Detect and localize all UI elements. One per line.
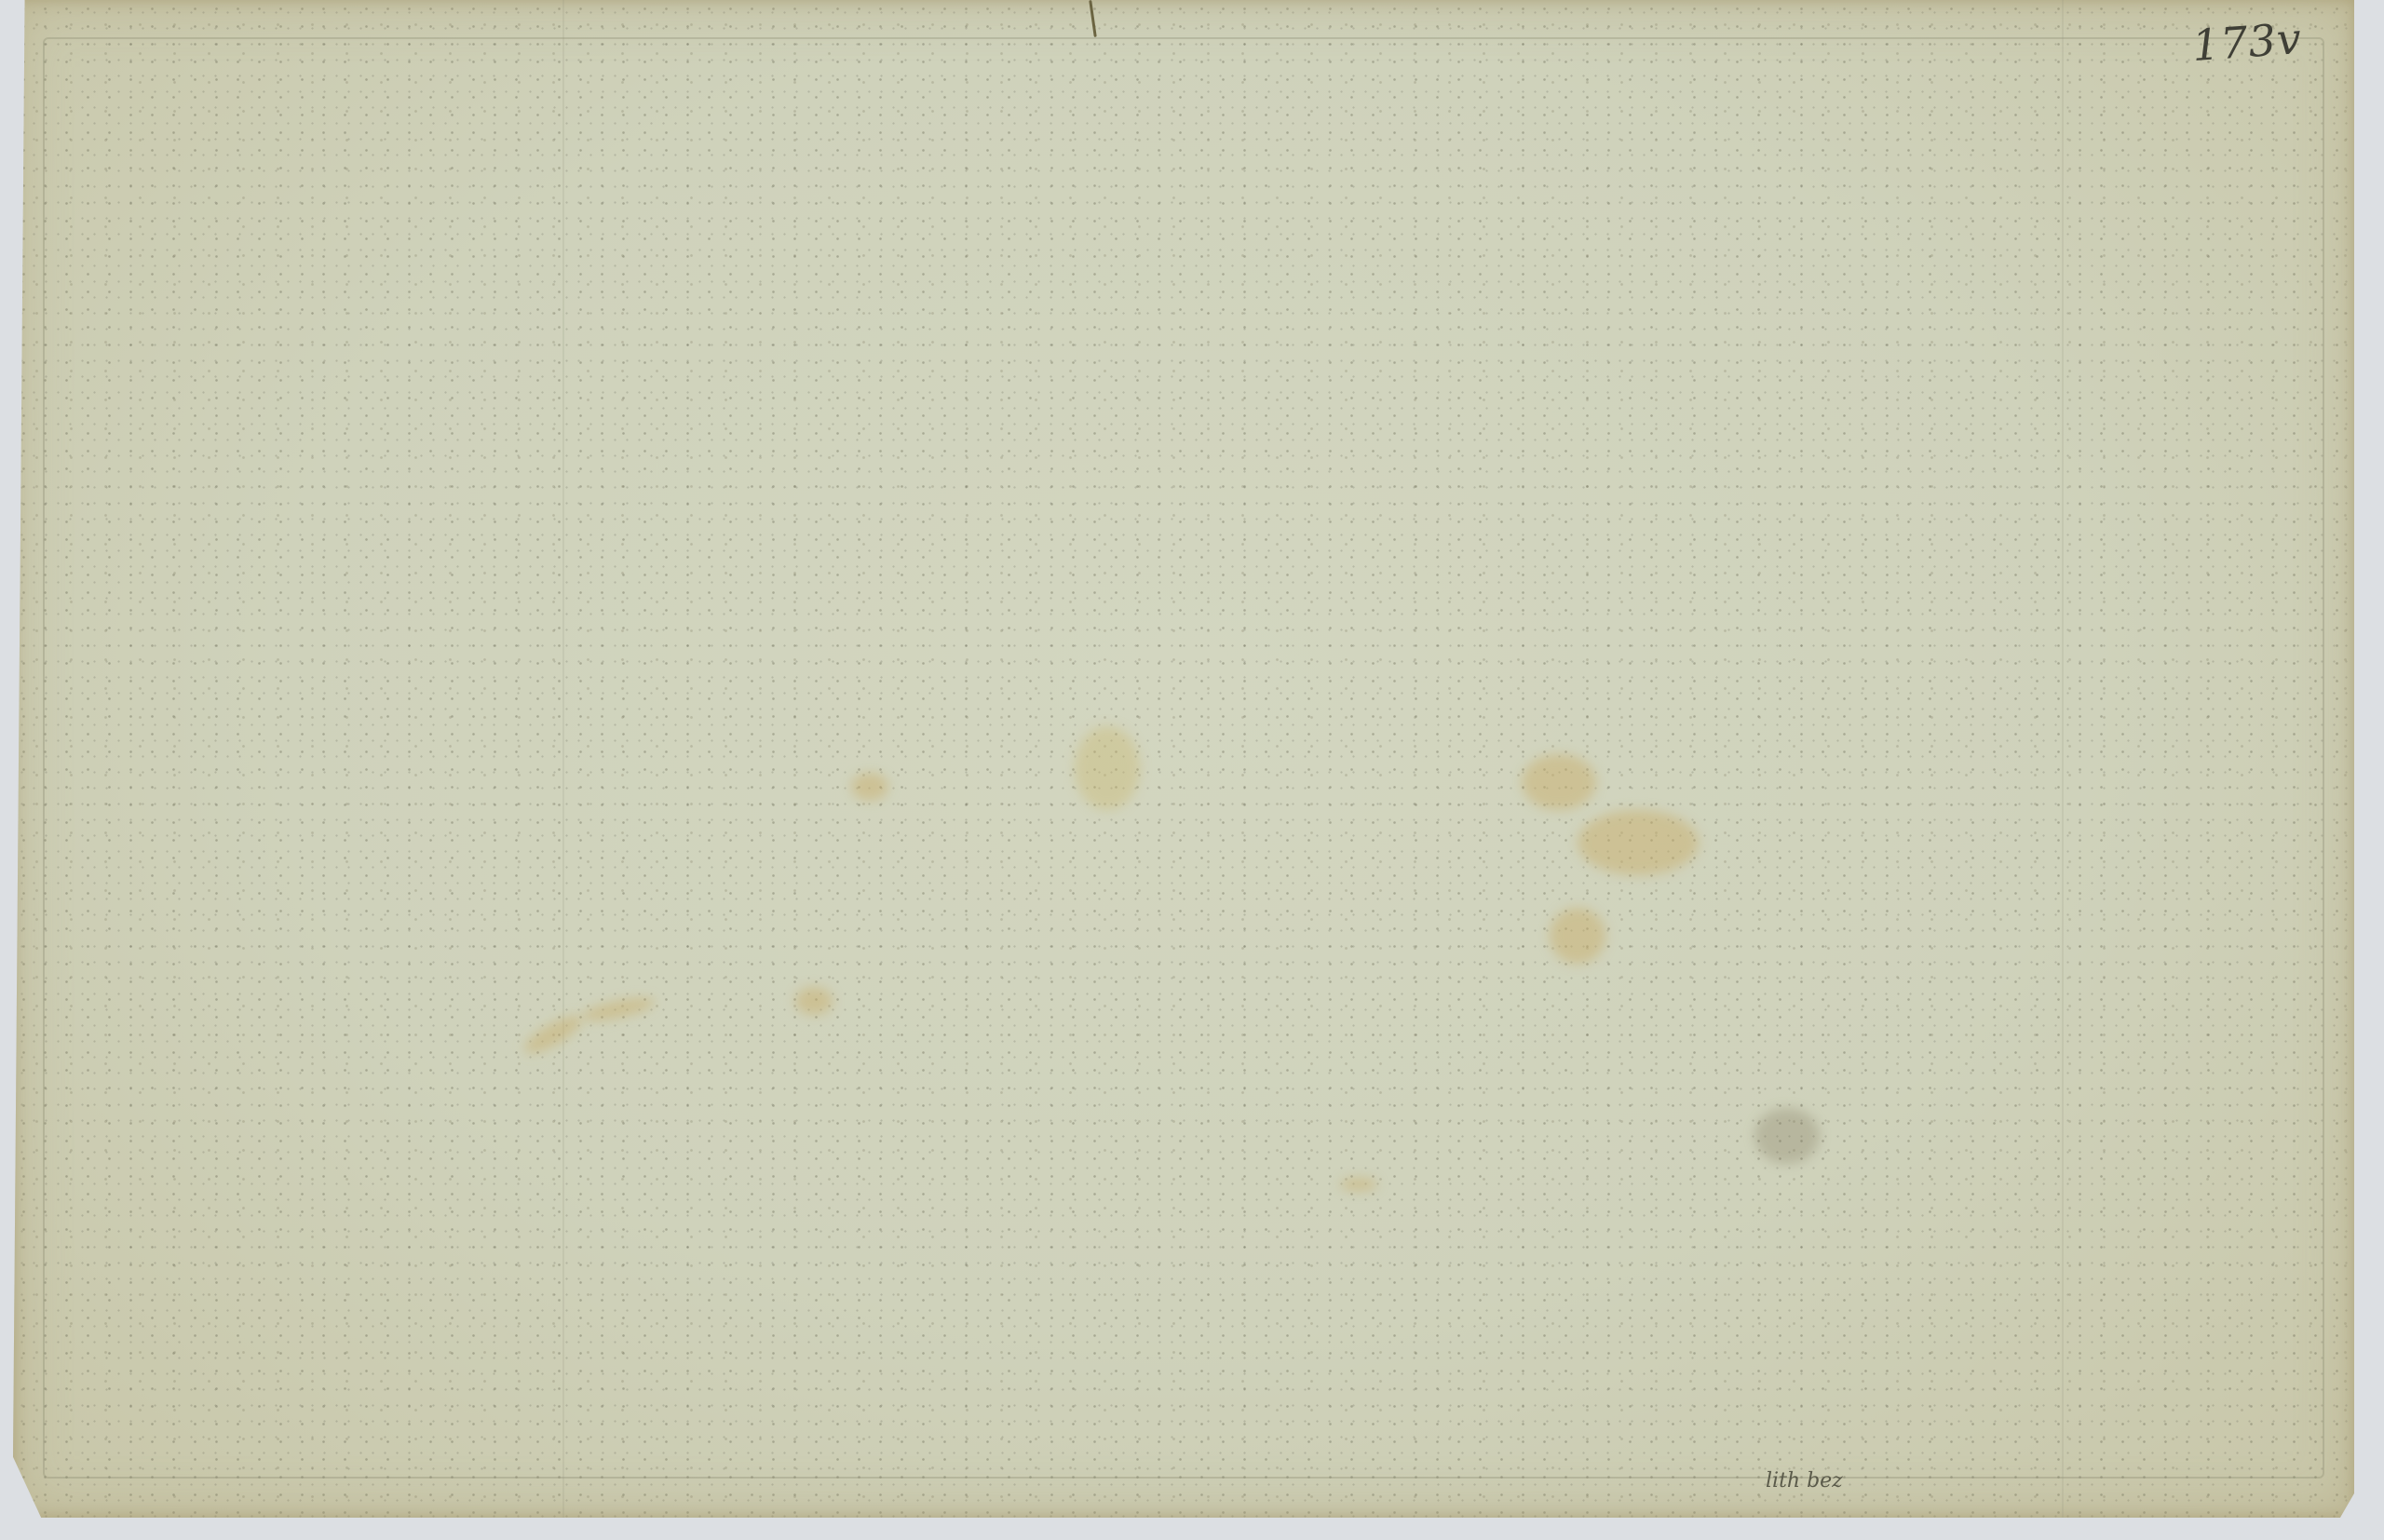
stain xyxy=(1578,810,1699,875)
stain xyxy=(1075,726,1140,810)
pencil-annotation-inventory-number: 173v xyxy=(2190,13,2303,71)
stain xyxy=(1522,754,1596,810)
smudge xyxy=(1754,1108,1820,1164)
stain xyxy=(795,987,833,1015)
fold-line xyxy=(562,0,564,1518)
paper-sheet: 173v lith bez xyxy=(13,0,2354,1518)
stain xyxy=(851,773,888,801)
plate-mark-border xyxy=(43,37,2324,1479)
stain xyxy=(1550,908,1605,964)
stain xyxy=(1340,1178,1377,1191)
pencil-annotation-bottom: lith bez xyxy=(1766,1469,1843,1493)
fold-line xyxy=(2062,0,2064,1518)
